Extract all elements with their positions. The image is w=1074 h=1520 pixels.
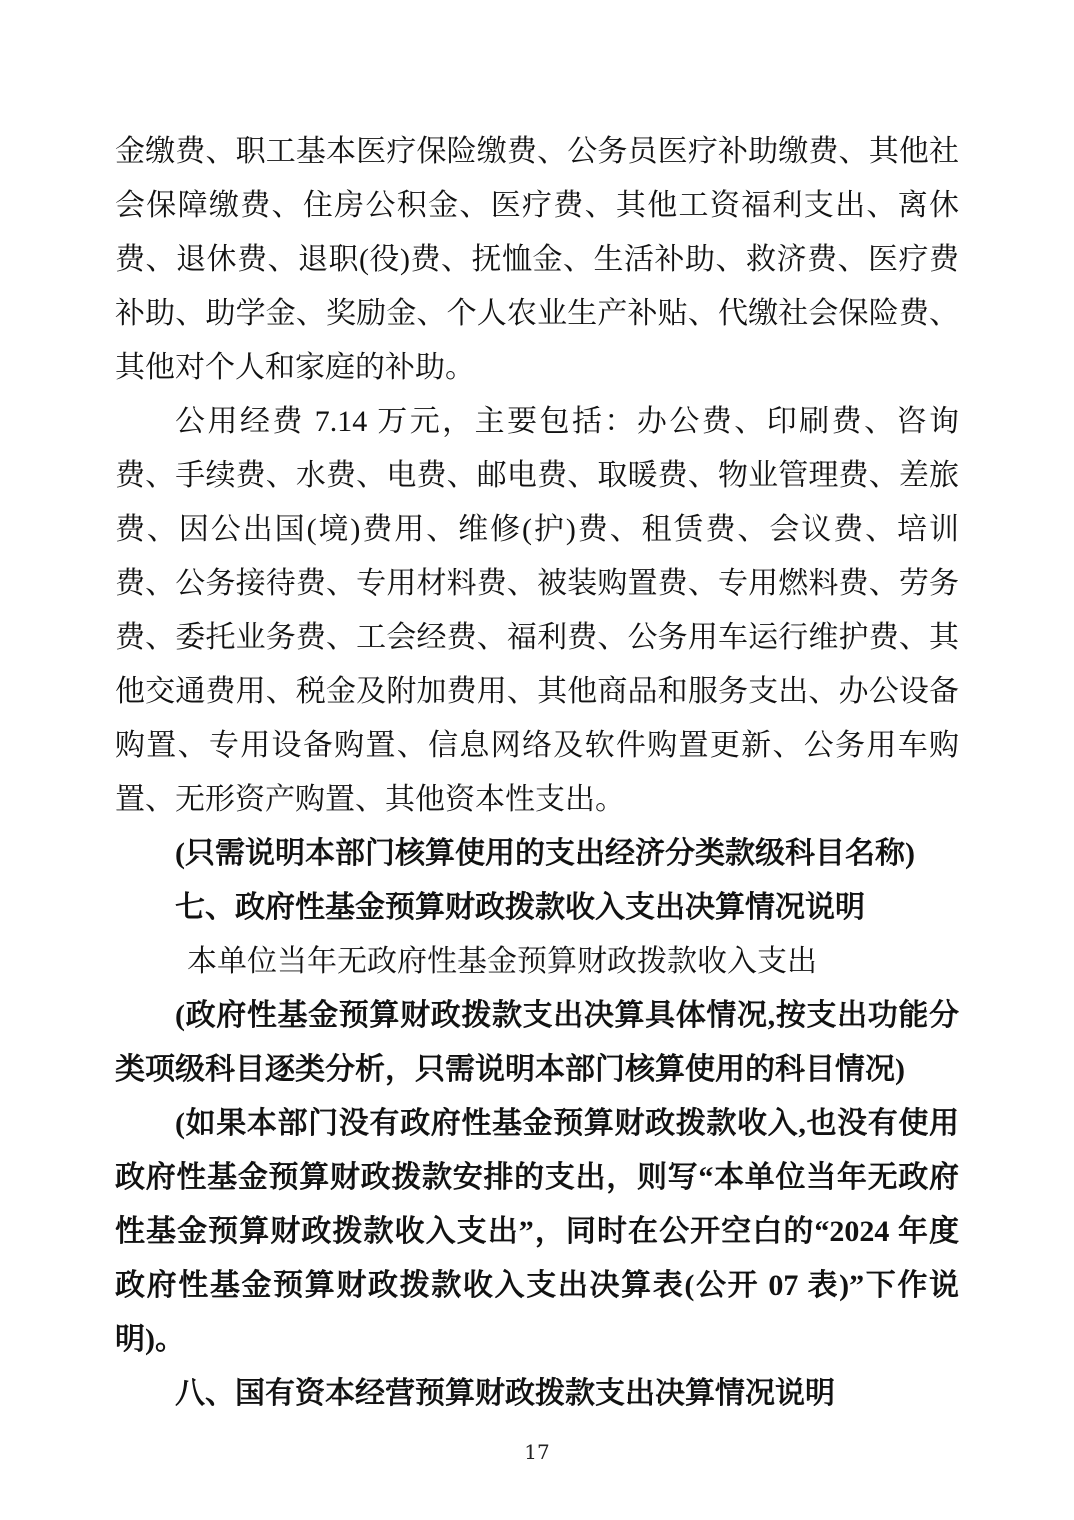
document-page: 金缴费、职工基本医疗保险缴费、公务员医疗补助缴费、其他社会保障缴费、住房公积金、… [0,0,1074,1520]
heading-section-7: 七、政府性基金预算财政拨款收入支出决算情况说明 [115,881,959,935]
note-government-fund-empty-instruction: (如果本部门没有政府性基金预算财政拨款收入,也没有使用政府性基金预算财政拨款安排… [115,1097,959,1367]
note-government-fund-detail: (政府性基金预算财政拨款支出决算具体情况,按支出功能分类项级科目逐类分析，只需说… [115,989,959,1097]
note-expenditure-classification: (只需说明本部门核算使用的支出经济分类款级科目名称) [115,827,959,881]
paragraph-personnel-subsidy-items: 金缴费、职工基本医疗保险缴费、公务员医疗补助缴费、其他社会保障缴费、住房公积金、… [115,125,959,395]
paragraph-no-government-fund: 本单位当年无政府性基金预算财政拨款收入支出 [115,935,959,989]
document-body: 金缴费、职工基本医疗保险缴费、公务员医疗补助缴费、其他社会保障缴费、住房公积金、… [115,125,959,1421]
heading-section-8: 八、国有资本经营预算财政拨款支出决算情况说明 [115,1367,959,1421]
page-number: 17 [0,1440,1074,1464]
paragraph-public-funds-expense: 公用经费 7.14 万元，主要包括：办公费、印刷费、咨询费、手续费、水费、电费、… [115,395,959,827]
